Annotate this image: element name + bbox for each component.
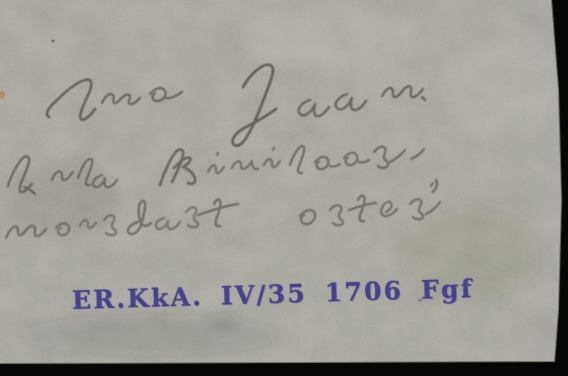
document-scan: ER.KkA. IV/35 1706 Fgf Arro Jaan kula Ki… <box>0 0 568 376</box>
paper-sheet <box>0 0 568 376</box>
scan-artwork <box>0 0 568 376</box>
